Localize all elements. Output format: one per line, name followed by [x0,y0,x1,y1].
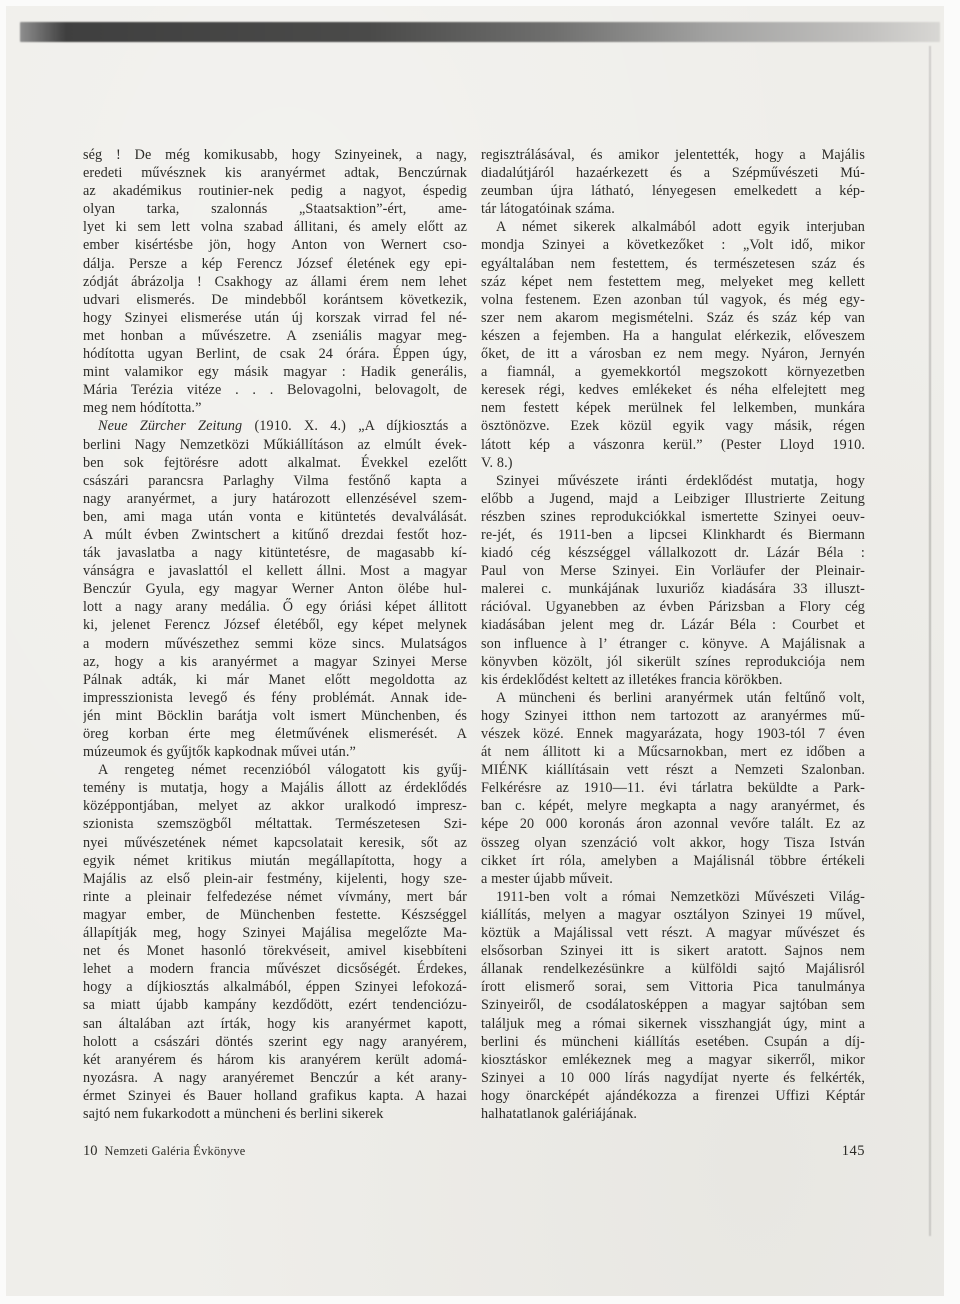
right-column: regisztrálásával, és amikor jelentették,… [481,146,865,1123]
text-line: ösztönözve. Ezek közül egyik vagy másik,… [481,417,865,435]
text-segment: jén mint Böcklin barátja volt ismert Mün… [83,708,467,724]
text-line: eredeti művésznek kis aranyérmet adtak, … [83,164,467,182]
text-segment: mint valamikor egy másik magyar : Hadik … [83,364,467,380]
text-segment: mondja Szinyei a következőket : „Volt id… [481,237,865,253]
text-line: köztük a Majálissal vett részt. A magyar… [481,924,865,942]
text-segment: ség ! De még komikusabb, hogy Szinyeinek… [83,147,467,163]
text-segment: írott elismerő sorai, sem Vittoria Pica … [481,979,865,995]
text-segment: ember kisértésbe jön, hogy Anton von Wer… [83,237,467,253]
text-line: az akadémikus routinier-nek pedig a nagy… [83,182,467,200]
text-line: látott kép a vászonra kerül.” (Pester Ll… [481,436,865,454]
text-segment: udvari elismerés. De mindebből korántsem… [83,292,467,308]
text-line: szionista szemszögből méltattak. Termész… [83,815,467,833]
text-segment: san általában azt írták, hogy kis aranyé… [83,1016,467,1032]
text-segment: egyik német kritikus miután megállapítot… [83,853,467,869]
text-line: cikket írt róla, amelyben a Majálisnál t… [481,852,865,870]
text-segment: Mária Terézia vitéze . . . Belovagolni, … [83,382,467,398]
text-segment: Benczúr Gyula, egy magyar Werner Anton ö… [83,581,467,597]
text-segment: sajtó nem fukarkodott a müncheni és berl… [83,1106,383,1122]
text-line: két aranyérem és három kis aranyérem ker… [83,1051,467,1069]
text-line: vánságra e javaslattól el kellett állni.… [83,562,467,580]
text-segment: nem festett képek merülnek fel lelkemben… [481,400,865,416]
text-line: ség ! De még komikusabb, hogy Szinyeinek… [83,146,467,164]
paragraph: ség ! De még komikusabb, hogy Szinyeinek… [83,146,467,417]
text-line: meg nem hódította.” [83,399,467,417]
text-line: képe 20 000 koronás áron azonnal vevőre … [481,815,865,833]
text-line: mondja Szinyei a következőket : „Volt id… [481,236,865,254]
text-segment: holott a császári döntés szerint egy nag… [83,1034,467,1050]
text-segment: net és Monet hasonló törekvéseit, amivel… [83,943,467,959]
text-line: halhatatlanok galériájának. [481,1105,865,1123]
text-line: őket, de itt a városban ez nem megy. Nyá… [481,345,865,363]
text-line: készen a fejemben. Ha a hangulat elérkez… [481,327,865,345]
text-segment: nyozásra. A nagy aranyéremet Benczúr a k… [83,1070,467,1086]
text-segment: impresszionista levegő és fény problémát… [83,690,467,706]
text-line: ták javaslatba a nagy kitüntetésre, de m… [83,544,467,562]
edition-note: 10 Nemzeti Galéria Évkönyve [83,1143,246,1160]
page-content: ség ! De még komikusabb, hogy Szinyeinek… [83,146,865,1160]
text-segment: lyet ki sem lett volna szabad állitani, … [83,219,467,235]
text-segment: állanak rendelkezésünkre a külföldi sajt… [481,961,865,977]
text-line: száz képet nem festettem meg, melyeket m… [481,273,865,291]
text-line: sajtó nem fukarkodott a müncheni és berl… [83,1105,467,1123]
text-segment: zódját ábrázolja ! Csakhogy az állami ér… [83,274,467,290]
text-line: hogy Szinyei elismerése után új korszak … [83,309,467,327]
page-number: 145 [842,1143,865,1160]
text-line: volna festenem. Ezen azonban túl vagyok,… [481,291,865,309]
text-line: V. 8.) [481,454,865,472]
text-line: ban c. képét, melyre megkapta a nagy ara… [481,797,865,815]
text-segment: Paul von Merse Szinyei. Ein Vorläufer de… [481,563,865,579]
text-line: impresszionista levegő és fény problémát… [83,689,467,707]
text-line: 1911-ben volt a római Nemzetközi Művésze… [481,888,865,906]
text-segment: A múlt évben Zwintschert a kitűnő drezda… [83,527,467,543]
text-segment: a mester újabb műveit. [481,871,613,887]
text-segment: Szinyeiről, de csodálatosképpen a magyar… [481,997,865,1013]
text-line: a fiamnál, a gyemekkortól megszokott kör… [481,363,865,381]
text-segment: egyáltalában nem festettem, és természet… [481,256,865,272]
text-line: Szinyeiről, de csodálatosképpen a magyar… [481,996,865,1014]
text-segment: meg nem hódította.” [83,400,202,416]
text-line: írott elismerő sorai, sem Vittoria Pica … [481,978,865,996]
edition-number: 10 [83,1143,98,1160]
text-line: részben szines reprodukciókkal ismertett… [481,508,865,526]
text-line: egyik német kritikus miután megállapítot… [83,852,467,870]
text-line: lyet ki sem lett volna szabad állitani, … [83,218,467,236]
text-segment: re-jét, és 1911-ben a lipcsei Klinkhardt… [481,527,865,543]
text-segment: Szinyei művészete iránti érdeklődést mut… [496,473,865,489]
text-line: sa miatt újabb kampány kezdődött, ezért … [83,996,467,1014]
text-segment: lehet a modern francia művészet dicsőség… [83,961,467,977]
text-segment: 1911-ben volt a római Nemzetközi Művésze… [496,889,865,905]
text-segment: császári parancsra Parlaghy Vilma festőn… [83,473,467,489]
text-segment: (1910. X. 4.) „A díjkiosztás a [242,418,467,434]
text-line: nyozásra. A nagy aranyéremet Benczúr a k… [83,1069,467,1087]
text-line: ben sok fejtörésre adott alkalmat. Évekk… [83,454,467,472]
text-segment: az akadémikus routinier-nek pedig a nagy… [83,183,467,199]
text-line: mint valamikor egy másik magyar : Hadik … [83,363,467,381]
text-line: középpontjában, melyet az akkor uralkodó… [83,797,467,815]
text-segment: regisztrálásával, és amikor jelentették,… [481,147,865,163]
text-segment: hogy Szinyei elismerése után új korszak … [83,310,467,326]
text-segment: keresek régi, kedves emlékeket és néha e… [481,382,865,398]
text-segment: találjuk meg a római sikernek visszhangj… [481,1016,865,1032]
text-line: jén mint Böcklin barátja volt ismert Mün… [83,707,467,725]
text-line: hogy a díjkiosztás alkalmából, éppen Szi… [83,978,467,996]
text-segment: kiadó cég készséggel vállalkozott dr. Lá… [481,545,865,561]
text-segment: berlini Nagy Nemzetközi Műkiállításon az… [83,437,467,453]
text-segment: Pálnak adták, ki már Manet előtt megoldo… [83,672,467,688]
text-line: összeg olyan szenzáció volt akkor, hogy … [481,834,865,852]
text-segment: kiállítás, melyen a magyar osztályon Szi… [481,907,865,923]
text-line: A múlt évben Zwintschert a kitűnő drezda… [83,526,467,544]
paragraph: A német sikerek alkalmából adott egyik i… [481,218,865,471]
text-line: vészek közé. Ennek magyarázata, hogy 190… [481,725,865,743]
text-segment: összeg olyan szenzáció volt akkor, hogy … [481,835,865,851]
text-line: A müncheni és berlini aranyérmek után fe… [481,689,865,707]
text-segment: met honban a művészetre. A zseniális mag… [83,328,467,344]
text-segment: elsősorban Szinyei itt is sikert aratott… [481,943,865,959]
text-segment: hogy önarcképét ajándékozza a firenzei U… [481,1088,865,1104]
text-line: ki, jelenet Ferencz József életéből, egy… [83,616,467,634]
text-columns: ség ! De még komikusabb, hogy Szinyeinek… [83,146,865,1123]
text-line: Neue Zürcher Zeitung (1910. X. 4.) „A dí… [83,417,467,435]
text-segment: malerei c. munkájának luxuriőz kiadására… [481,581,865,597]
text-line: érmet Szinyei és Bauer holland grafikus … [83,1087,467,1105]
text-line: találjuk meg a római sikernek visszhangj… [481,1015,865,1033]
text-segment: képe 20 000 koronás áron azonnal vevőre … [481,816,865,832]
text-line: zódját ábrázolja ! Csakhogy az állami ér… [83,273,467,291]
text-line: san általában azt írták, hogy kis aranyé… [83,1015,467,1033]
text-line: hogy önarcképét ajándékozza a firenzei U… [481,1087,865,1105]
text-line: regisztrálásával, és amikor jelentették,… [481,146,865,164]
scanned-page: ség ! De még komikusabb, hogy Szinyeinek… [6,6,944,1296]
text-line: állapítják meg, hogy Szinyei Majálisa me… [83,924,467,942]
text-line: Szinyei a 10 000 lírás nagydíjat nyerte … [481,1069,865,1087]
text-segment: a fiamnál, a gyemekkortól megszokott kör… [481,364,865,380]
text-segment: ben, ami maga után vonta e kitüntetés de… [83,509,467,525]
text-segment: kis érdeklődést keltett az illetékes fra… [481,672,783,688]
text-segment: középpontjában, melyet az akkor uralkodó… [83,798,467,814]
paragraph: 1911-ben volt a római Nemzetközi Művésze… [481,888,865,1123]
paragraph: A rengeteg német recenzióból válogatott … [83,761,467,1123]
text-line: magyar ember, de Münchenben festette. Ké… [83,906,467,924]
text-line: net és Monet hasonló törekvéseit, amivel… [83,942,467,960]
text-segment: halhatatlanok galériájának. [481,1106,637,1122]
text-line: ember kisértésbe jön, hogy Anton von Wer… [83,236,467,254]
text-line: Szinyei művészete iránti érdeklődést mut… [481,472,865,490]
text-line: rációval. Ugyanebben az évben Párizsban … [481,598,865,616]
text-segment: köztük a Majálissal vett részt. A magyar… [481,925,865,941]
text-segment: szer nem akarom megismételni. Száz és sz… [481,310,865,326]
text-line: hogy Szinyei itthon nem tartozott az ara… [481,707,865,725]
text-segment: állapítják meg, hogy Szinyei Majálisa me… [83,925,467,941]
text-line: kiadásában jelent meg dr. Lázár Béla : C… [481,616,865,634]
text-line: öreg korban érte meg életművének elismer… [83,725,467,743]
text-segment: két aranyérem és három kis aranyérem ker… [83,1052,467,1068]
text-line: kiállítás, melyen a magyar osztályon Szi… [481,906,865,924]
text-segment: A német sikerek alkalmából adott egyik i… [496,219,865,235]
text-line: udvari elismerés. De mindebből korántsem… [83,291,467,309]
text-line: berlini és müncheni kiállítás esetében. … [481,1033,865,1051]
text-line: állanak rendelkezésünkre a külföldi sajt… [481,960,865,978]
text-segment: eredeti művésznek kis aranyérmet adtak, … [83,165,467,181]
text-segment: ben sok fejtörésre adott alkalmat. Évekk… [83,455,467,471]
text-segment: V. 8.) [481,455,513,471]
text-segment: sa miatt újabb kampány kezdődött, ezért … [83,997,467,1013]
text-segment: Majális az első plein-air festmény, kije… [83,871,467,887]
scan-edge-artifact-top [20,22,940,42]
text-segment: ban c. képét, melyre megkapta a nagy ara… [481,798,865,814]
text-line: rinte a pleinair felfedezése német vívmá… [83,888,467,906]
text-line: az, hogy a kis aranyérmet a magyar Sziny… [83,653,467,671]
text-line: nem festett képek merülnek fel lelkemben… [481,399,865,417]
text-segment: zeumban újra látható, lényegesen emelked… [481,183,865,199]
text-line: berlini Nagy Nemzetközi Műkiállításon az… [83,436,467,454]
text-line: elsősorban Szinyei itt is sikert aratott… [481,942,865,960]
text-segment: hódította ugyan Berlint, de csak 24 órár… [83,346,467,362]
text-line: Pálnak adták, ki már Manet előtt megoldo… [83,671,467,689]
text-line: lott a nagy arany medália. Ő egy óriási … [83,598,467,616]
text-line: át nem állitott ki a Műcsarnokban, mert … [481,743,865,761]
text-line: előbb a Jugend, majd a Leibziger Illustr… [481,490,865,508]
text-line: met honban a művészetre. A zseniális mag… [83,327,467,345]
text-segment: kiosztáskor emlékeznek meg a magyar sike… [481,1052,865,1068]
text-segment: könyvben közölt, jól sikerült színes rep… [481,654,865,670]
text-segment: vészek közé. Ennek magyarázata, hogy 190… [481,726,865,742]
text-line: ben, ami maga után vonta e kitüntetés de… [83,508,467,526]
text-line: zeumban újra látható, lényegesen emelked… [481,182,865,200]
text-segment: vánságra e javaslattól el kellett állni.… [83,563,467,579]
text-segment: szionista szemszögből méltattak. Termész… [83,816,467,832]
text-line: egyáltalában nem festettem, és természet… [481,255,865,273]
paragraph: regisztrálásával, és amikor jelentették,… [481,146,865,218]
text-segment: előbb a Jugend, majd a Leibziger Illustr… [481,491,865,507]
text-line: A német sikerek alkalmából adott egyik i… [481,218,865,236]
text-segment: őket, de itt a városban ez nem megy. Nyá… [481,346,865,362]
text-line: Majális az első plein-air festmény, kije… [83,870,467,888]
text-line: nagy aranyérmet, a jury határozott ellen… [83,490,467,508]
text-segment: ösztönözve. Ezek közül egyik vagy másik,… [481,418,865,434]
text-line: kiosztáskor emlékeznek meg a magyar sike… [481,1051,865,1069]
text-segment: kiadásában jelent meg dr. Lázár Béla : C… [481,617,865,633]
text-segment: át nem állitott ki a Műcsarnokban, mert … [481,744,865,760]
text-segment: tár látogatóinak száma. [481,201,615,217]
text-segment: Felkérésre az 1910—11. évi tárlatra bekü… [481,780,865,796]
text-line: könyvben közölt, jól sikerült színes rep… [481,653,865,671]
paragraph: Szinyei művészete iránti érdeklődést mut… [481,472,865,689]
text-line: Mária Terézia vitéze . . . Belovagolni, … [83,381,467,399]
text-segment: MIÉNK kiállításain vett részt a Nemzeti … [481,762,865,778]
text-segment: diadalútjáról hazaérkezett és a Szépművé… [481,165,865,181]
text-line: olyan tarka, szalonnás „Staatsaktion”-ér… [83,200,467,218]
text-line: son influence à l’ étranger c. könyve. A… [481,635,865,653]
text-line: malerei c. munkájának luxuriőz kiadására… [481,580,865,598]
left-column: ség ! De még komikusabb, hogy Szinyeinek… [83,146,467,1123]
text-segment: részben szines reprodukciókkal ismertett… [481,509,865,525]
text-segment: érmet Szinyei és Bauer holland grafikus … [83,1088,467,1104]
text-line: szer nem akarom megismételni. Száz és sz… [481,309,865,327]
page-footer: 10 Nemzeti Galéria Évkönyve 145 [83,1143,865,1160]
text-line: Felkérésre az 1910—11. évi tárlatra bekü… [481,779,865,797]
text-line: tár látogatóinak száma. [481,200,865,218]
text-line: A rengeteg német recenzióból válogatott … [83,761,467,779]
text-line: kis érdeklődést keltett az illetékes fra… [481,671,865,689]
text-line: diadalútjáról hazaérkezett és a Szépművé… [481,164,865,182]
text-segment: hogy Szinyei itthon nem tartozott az ara… [481,708,865,724]
text-line: császári parancsra Parlaghy Vilma festőn… [83,472,467,490]
text-segment: A müncheni és berlini aranyérmek után fe… [496,690,865,706]
text-line: lehet a modern francia művészet dicsőség… [83,960,467,978]
text-segment: múzeumok és gyűjtők kapkodnak művei után… [83,744,356,760]
text-line: temény is mutatja, hogy a Majális állott… [83,779,467,797]
text-line: Benczúr Gyula, egy magyar Werner Anton ö… [83,580,467,598]
text-segment: öreg korban érte meg életművének elismer… [83,726,467,742]
text-line: kiadó cég készséggel vállalkozott dr. Lá… [481,544,865,562]
text-segment: A rengeteg német recenzióból válogatott … [98,762,467,778]
text-line: Paul von Merse Szinyei. Ein Vorläufer de… [481,562,865,580]
scan-edge-artifact-right [929,46,931,1236]
text-line: múzeumok és gyűjtők kapkodnak művei után… [83,743,467,761]
text-line: keresek régi, kedves emlékeket és néha e… [481,381,865,399]
text-segment: száz képet nem festettem meg, melyeket m… [481,274,865,290]
text-segment: nagy aranyérmet, a jury határozott ellen… [83,491,467,507]
text-segment: volna festenem. Ezen azonban túl vagyok,… [481,292,865,308]
text-segment: son influence à l’ étranger c. könyve. A… [481,636,865,652]
text-segment: rinte a pleinair felfedezése német vívmá… [83,889,467,905]
text-line: holott a császári döntés szerint egy nag… [83,1033,467,1051]
text-line: re-jét, és 1911-ben a lipcsei Klinkhardt… [481,526,865,544]
text-segment: hogy a díjkiosztás alkalmából, éppen Szi… [83,979,467,995]
text-line: MIÉNK kiállításain vett részt a Nemzeti … [481,761,865,779]
text-segment: olyan tarka, szalonnás „Staatsaktion”-ér… [83,201,467,217]
paragraph: A müncheni és berlini aranyérmek után fe… [481,689,865,888]
text-line: hódította ugyan Berlint, de csak 24 órár… [83,345,467,363]
text-segment: berlini és müncheni kiállítás esetében. … [481,1034,865,1050]
text-line: a modern művészethez semmi köze sincs. M… [83,635,467,653]
text-segment: az, hogy a kis aranyérmet a magyar Sziny… [83,654,467,670]
text-line: nyei művészetének német kapcsolatait ker… [83,834,467,852]
text-segment: rációval. Ugyanebben az évben Párizsban … [481,599,865,615]
text-line: a mester újabb műveit. [481,870,865,888]
text-segment: temény is mutatja, hogy a Majális állott… [83,780,467,796]
text-segment: készen a fejemben. Ha a hangulat elérkez… [481,328,865,344]
text-segment: cikket írt róla, amelyben a Majálisnál t… [481,853,865,869]
text-segment: magyar ember, de Münchenben festette. Ké… [83,907,467,923]
text-segment: a modern művészethez semmi köze sincs. M… [83,636,467,652]
text-segment: nyei művészetének német kapcsolatait ker… [83,835,467,851]
italic-text: Neue Zürcher Zeitung [98,418,242,434]
text-segment: ki, jelenet Ferencz József életéből, egy… [83,617,467,633]
edition-title: Nemzeti Galéria Évkönyve [105,1144,246,1159]
text-segment: látott kép a vászonra kerül.” (Pester Ll… [481,437,865,453]
text-segment: Szinyei a 10 000 lírás nagydíjat nyerte … [481,1070,865,1086]
text-line: dálja. Persze a kép Ferencz József életé… [83,255,467,273]
paragraph: Neue Zürcher Zeitung (1910. X. 4.) „A dí… [83,417,467,761]
text-segment: dálja. Persze a kép Ferencz József életé… [83,256,467,272]
text-segment: lott a nagy arany medália. Ő egy óriási … [83,599,467,615]
text-segment: ták javaslatba a nagy kitüntetésre, de m… [83,545,467,561]
